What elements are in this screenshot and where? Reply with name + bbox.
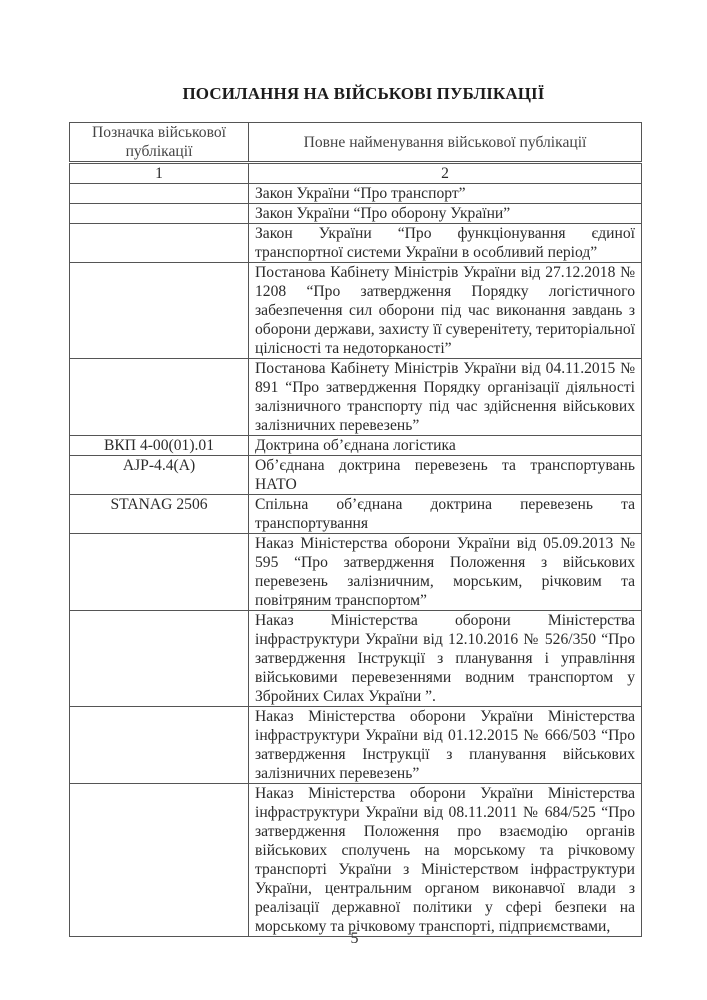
table-row: ВКП 4-00(01).01Доктрина об’єднана логіст… <box>70 436 642 456</box>
publication-name: Доктрина об’єднана логістика <box>249 436 642 456</box>
publication-name: Наказ Міністерства оборони України від 0… <box>249 534 642 611</box>
publication-code <box>70 611 249 707</box>
table-row: AJP-4.4(A)Об’єднана доктрина перевезень … <box>70 456 642 495</box>
publication-name: Закон України “Про оборону України” <box>249 204 642 224</box>
header-full-name: Повне найменування військової публікації <box>249 123 642 163</box>
page-title: ПОСИЛАННЯ НА ВІЙСЬКОВІ ПУБЛІКАЦІЇ <box>0 84 707 104</box>
table-row: Наказ Міністерства оборони України Мініс… <box>70 707 642 784</box>
header-designation: Позначка військової публікації <box>70 123 249 163</box>
publication-code: STANAG 2506 <box>70 495 249 534</box>
publication-name: Постанова Кабінету Міністрів України від… <box>249 263 642 359</box>
publications-table: Позначка військової публікації Повне най… <box>69 122 642 937</box>
table-row: Постанова Кабінету Міністрів України від… <box>70 263 642 359</box>
table-row: Закон України “Про функціонування єдиної… <box>70 224 642 263</box>
table-row: Наказ Міністерства оборони Міністерства … <box>70 611 642 707</box>
table-row: STANAG 2506Спільна об’єднана доктрина пе… <box>70 495 642 534</box>
publication-code <box>70 784 249 937</box>
publication-code <box>70 534 249 611</box>
table-row: Наказ Міністерства оборони України Мініс… <box>70 784 642 937</box>
publication-name: Об’єднана доктрина перевезень та транспо… <box>249 456 642 495</box>
column-number-1: 1 <box>70 163 249 184</box>
page-number: 5 <box>0 930 707 948</box>
publication-name: Спільна об’єднана доктрина перевезень та… <box>249 495 642 534</box>
publication-name: Наказ Міністерства оборони Міністерства … <box>249 611 642 707</box>
publication-code: ВКП 4-00(01).01 <box>70 436 249 456</box>
publication-code <box>70 707 249 784</box>
column-number-2: 2 <box>249 163 642 184</box>
publication-code <box>70 359 249 436</box>
publication-code <box>70 204 249 224</box>
publication-code <box>70 263 249 359</box>
table-header-row: Позначка військової публікації Повне най… <box>70 123 642 163</box>
publication-name: Закон України “Про транспорт” <box>249 184 642 204</box>
publication-name: Постанова Кабінету Міністрів України від… <box>249 359 642 436</box>
publication-code: AJP-4.4(A) <box>70 456 249 495</box>
publication-code <box>70 224 249 263</box>
table-row: Закон України “Про оборону України” <box>70 204 642 224</box>
publication-name: Наказ Міністерства оборони України Мініс… <box>249 707 642 784</box>
publication-name: Закон України “Про функціонування єдиної… <box>249 224 642 263</box>
publication-name: Наказ Міністерства оборони України Мініс… <box>249 784 642 937</box>
publication-code <box>70 184 249 204</box>
table-row: Постанова Кабінету Міністрів України від… <box>70 359 642 436</box>
column-number-row: 1 2 <box>70 163 642 184</box>
table-row: Закон України “Про транспорт” <box>70 184 642 204</box>
table-row: Наказ Міністерства оборони України від 0… <box>70 534 642 611</box>
